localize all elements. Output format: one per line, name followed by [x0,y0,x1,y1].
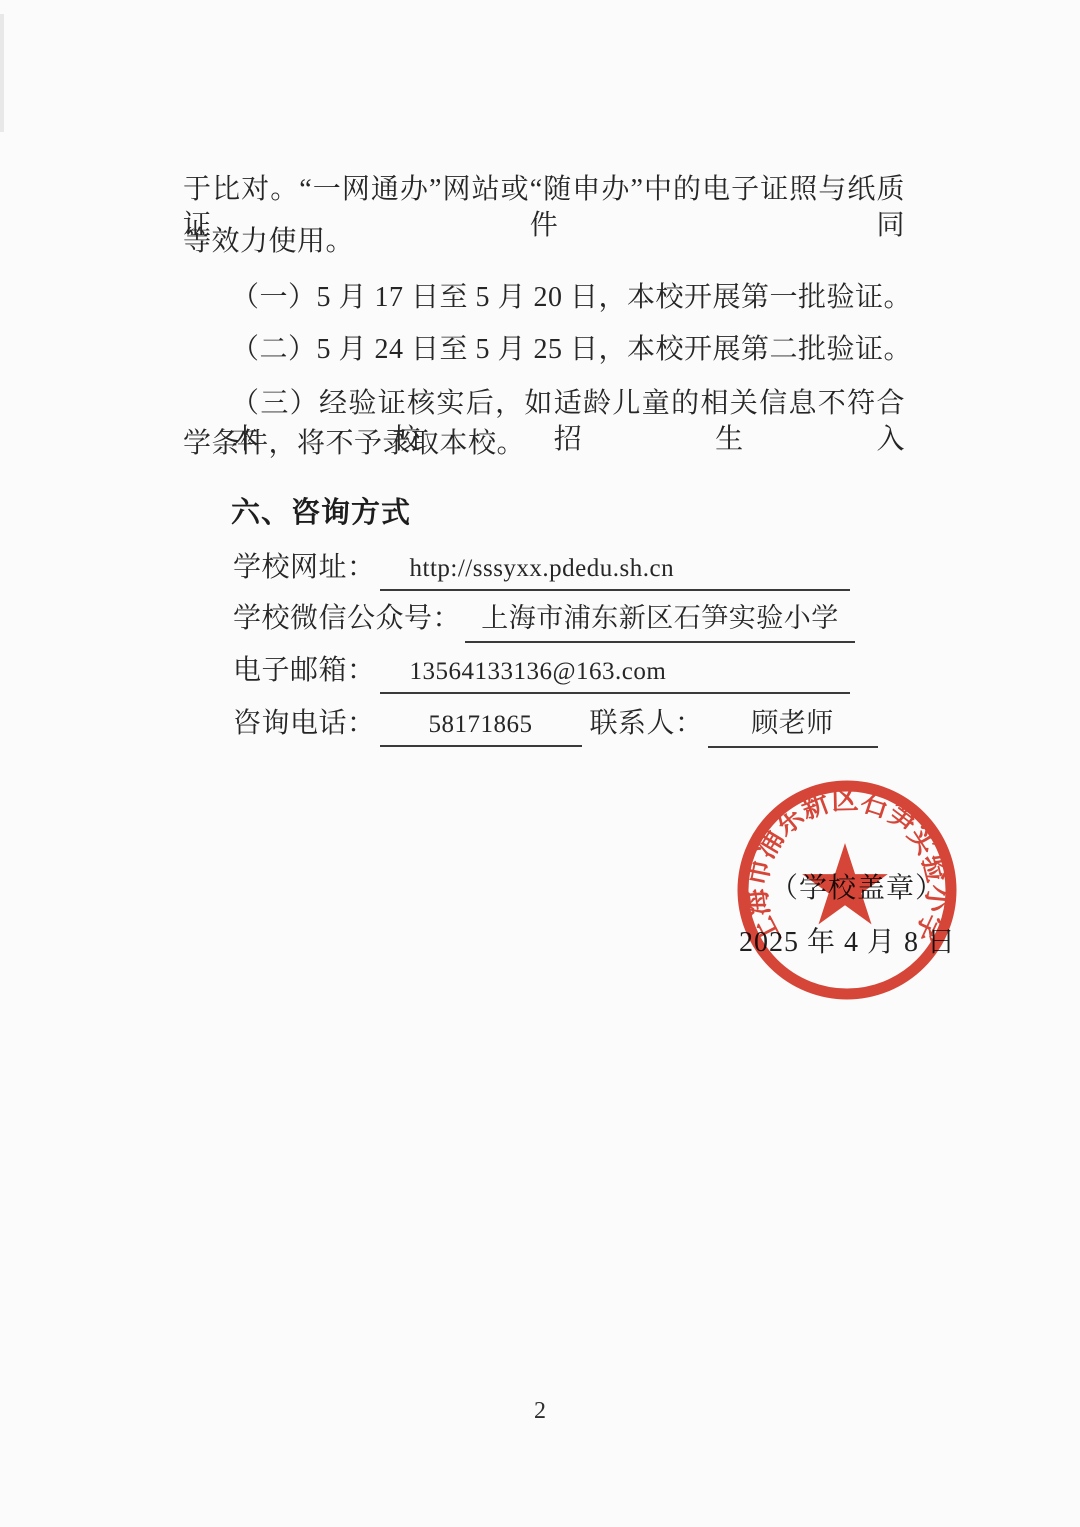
phone-label: 咨询电话： [233,701,376,741]
document-page: 于比对。“一网通办”网站或“随申办”中的电子证照与纸质证件同 等效力使用。 （一… [0,0,1080,1527]
contact-person-value: 顾老师 [708,701,878,748]
email-label: 电子邮箱： [233,648,376,688]
website-label: 学校网址： [233,545,376,585]
page-number: 2 [0,1398,1080,1425]
wechat-label: 学校微信公众号： [233,596,461,636]
website-value: http://sssyxx.pdedu.sh.cn [380,555,850,591]
wechat-value: 上海市浦东新区石笋实验小学 [465,596,855,643]
email-value: 13564133136@163.com [380,658,850,694]
contact-row-phone: 咨询电话：58171865联系人：顾老师 [233,701,878,748]
seal-graphic: 上海市浦东新区石笋实验小学 [727,770,967,1010]
phone-value: 58171865 [380,711,582,747]
seal-star-icon [802,843,888,924]
contact-row-email: 电子邮箱：13564133136@163.com [233,648,850,694]
contact-person-label: 联系人： [590,701,704,741]
scan-edge-artifact [0,14,4,132]
school-seal-stamp: 上海市浦东新区石笋实验小学 [727,770,967,1010]
list-item-one: （一）5 月 17 日至 5 月 20 日，本校开展第一批验证。 [231,280,912,316]
contact-row-wechat: 学校微信公众号：上海市浦东新区石笋实验小学 [233,596,855,643]
list-item-three-line2: 学条件，将不予录取本校。 [183,426,525,462]
intro-paragraph-line2: 等效力使用。 [183,224,354,260]
section-heading-contact: 六、咨询方式 [231,490,411,531]
contact-row-website: 学校网址：http://sssyxx.pdedu.sh.cn [233,545,850,591]
list-item-two: （二）5 月 24 日至 5 月 25 日，本校开展第二批验证。 [231,332,912,368]
